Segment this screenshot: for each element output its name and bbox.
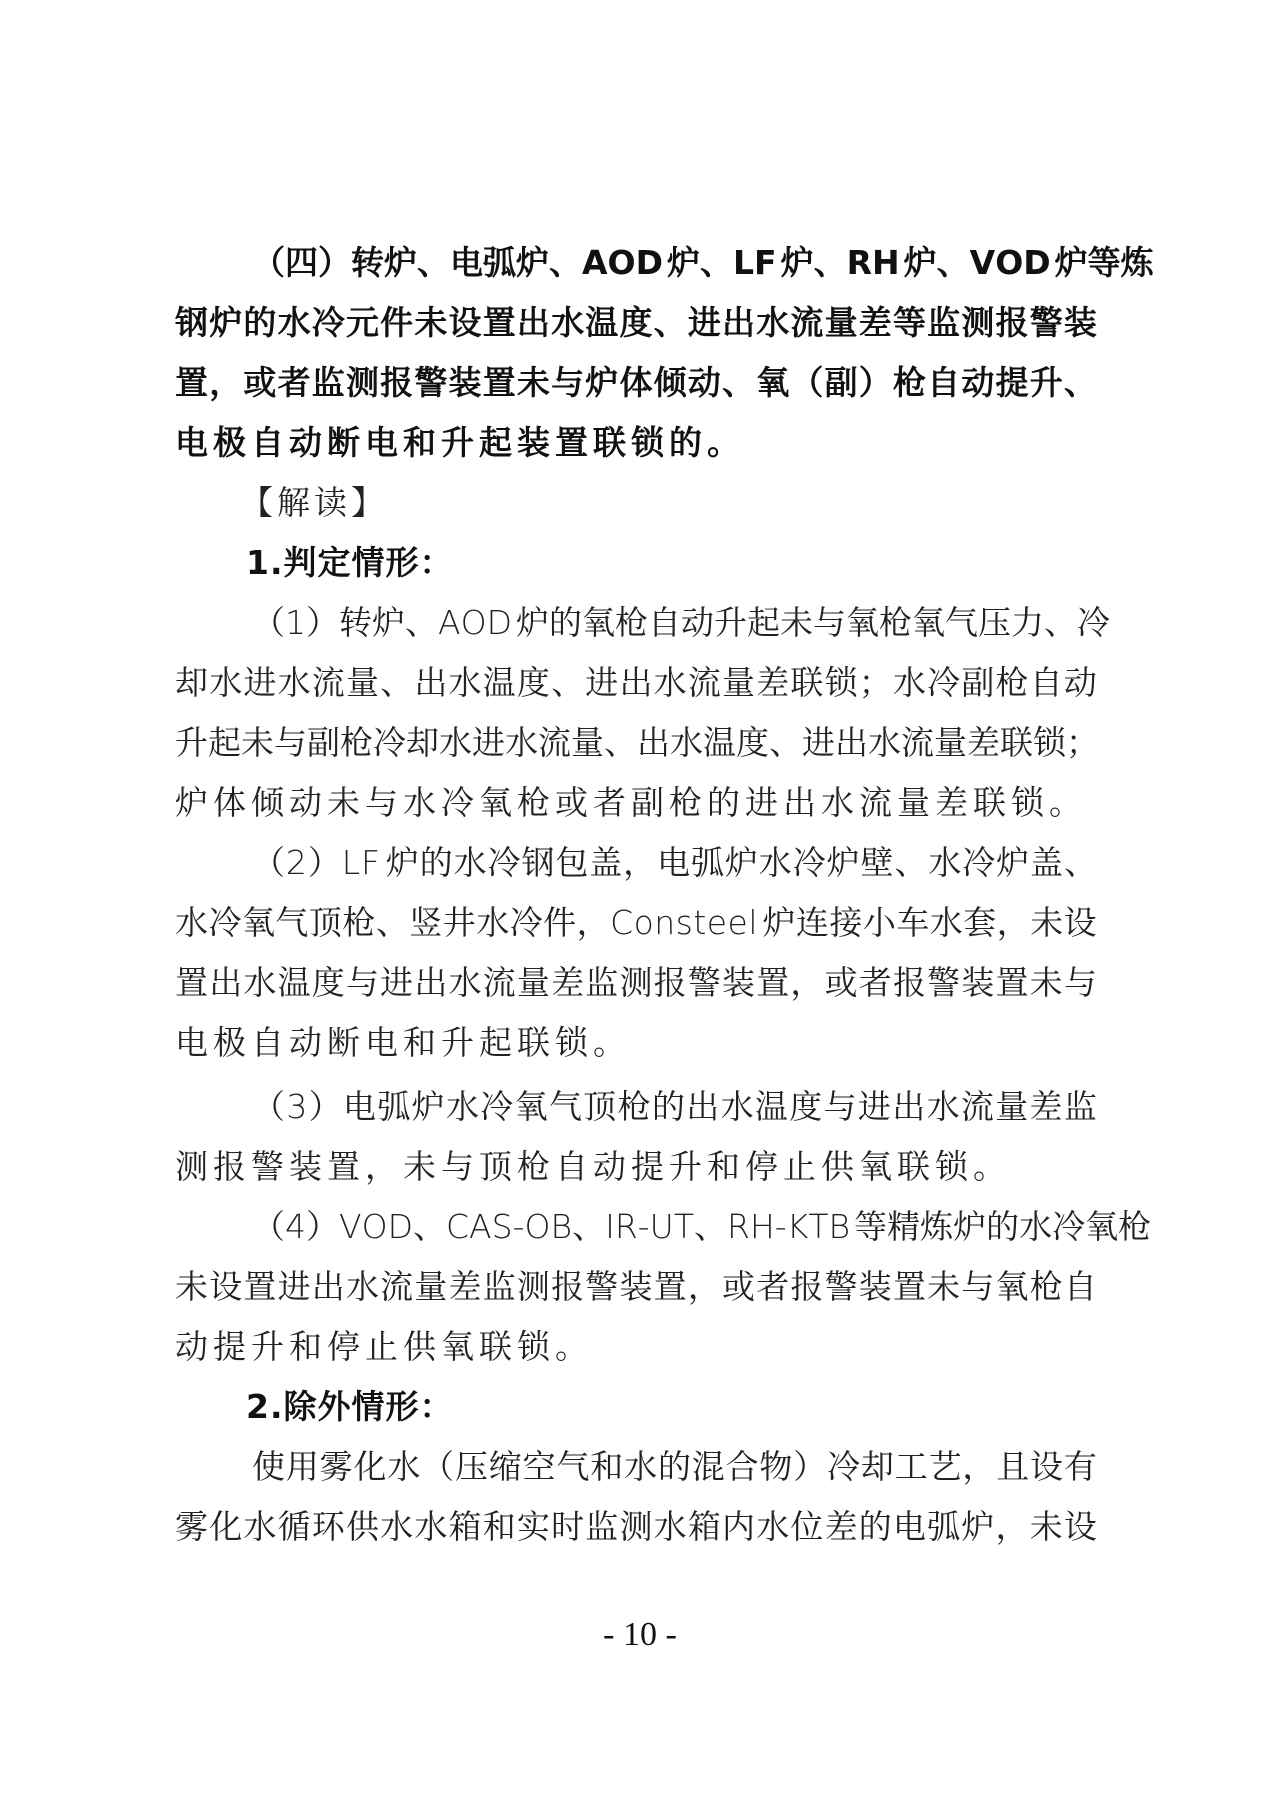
criteria-item-3-line-1: （3）电弧炉水冷氧气顶枪的出水温度与进出水流量差监 — [252, 1083, 1097, 1131]
criteria-item-2-line-1: （2）LF 炉的水冷钢包盖，电弧炉水冷炉壁、水冷炉盖、 — [252, 839, 1097, 887]
document-page: （四）转炉、电弧炉、AOD 炉、LF 炉、RH 炉、VOD 炉等炼 钢炉的水冷元… — [0, 0, 1280, 1810]
exclusions-line-1: 使用雾化水（压缩空气和水的混合物）冷却工艺，且设有 — [252, 1443, 1097, 1491]
criteria-item-1-line-2: 却水进水流量、出水温度、进出水流量差联锁；水冷副枪自动 — [175, 659, 1097, 707]
criteria-item-4-line-2: 未设置进出水流量差监测报警装置，或者报警装置未与氧枪自 — [175, 1263, 1097, 1311]
criteria-item-2-line-4: 电极自动断电和升起联锁。 — [175, 1019, 1097, 1067]
page-number: - 10 - — [0, 1615, 1280, 1655]
section-four-line-4: 电极自动断电和升起装置联锁的。 — [175, 419, 1097, 467]
section-four-line-3: 置，或者监测报警装置未与炉体倾动、氧（副）枪自动提升、 — [175, 359, 1097, 407]
exclusions-heading: 2.除外情形： — [246, 1383, 454, 1431]
criteria-item-1-line-3: 升起未与副枪冷却水进水流量、出水温度、进出水流量差联锁； — [175, 719, 1097, 767]
criteria-item-2-line-3: 置出水温度与进出水流量差监测报警装置，或者报警装置未与 — [175, 959, 1097, 1007]
section-four-line-1: （四）转炉、电弧炉、AOD 炉、LF 炉、RH 炉、VOD 炉等炼 — [252, 239, 1097, 287]
exclusions-line-2: 雾化水循环供水水箱和实时监测水箱内水位差的电弧炉，未设 — [175, 1503, 1097, 1551]
interpretation-label: 【解读】 — [240, 479, 388, 527]
criteria-item-2-line-2: 水冷氧气顶枪、竖井水冷件，Consteel 炉连接小车水套，未设 — [175, 899, 1097, 947]
section-four-line-2: 钢炉的水冷元件未设置出水温度、进出水流量差等监测报警装 — [175, 299, 1097, 347]
criteria-heading: 1.判定情形： — [246, 539, 454, 587]
criteria-item-3-line-2: 测报警装置，未与顶枪自动提升和停止供氧联锁。 — [175, 1143, 1097, 1191]
criteria-item-1-line-1: （1）转炉、AOD 炉的氧枪自动升起未与氧枪氧气压力、冷 — [252, 599, 1097, 647]
criteria-item-1-line-4: 炉体倾动未与水冷氧枪或者副枪的进出水流量差联锁。 — [175, 779, 1097, 827]
criteria-item-4-line-3: 动提升和停止供氧联锁。 — [175, 1323, 1097, 1371]
criteria-item-4-line-1: （4）VOD、CAS-OB、IR-UT、RH-KTB 等精炼炉的水冷氧枪 — [252, 1203, 1097, 1251]
